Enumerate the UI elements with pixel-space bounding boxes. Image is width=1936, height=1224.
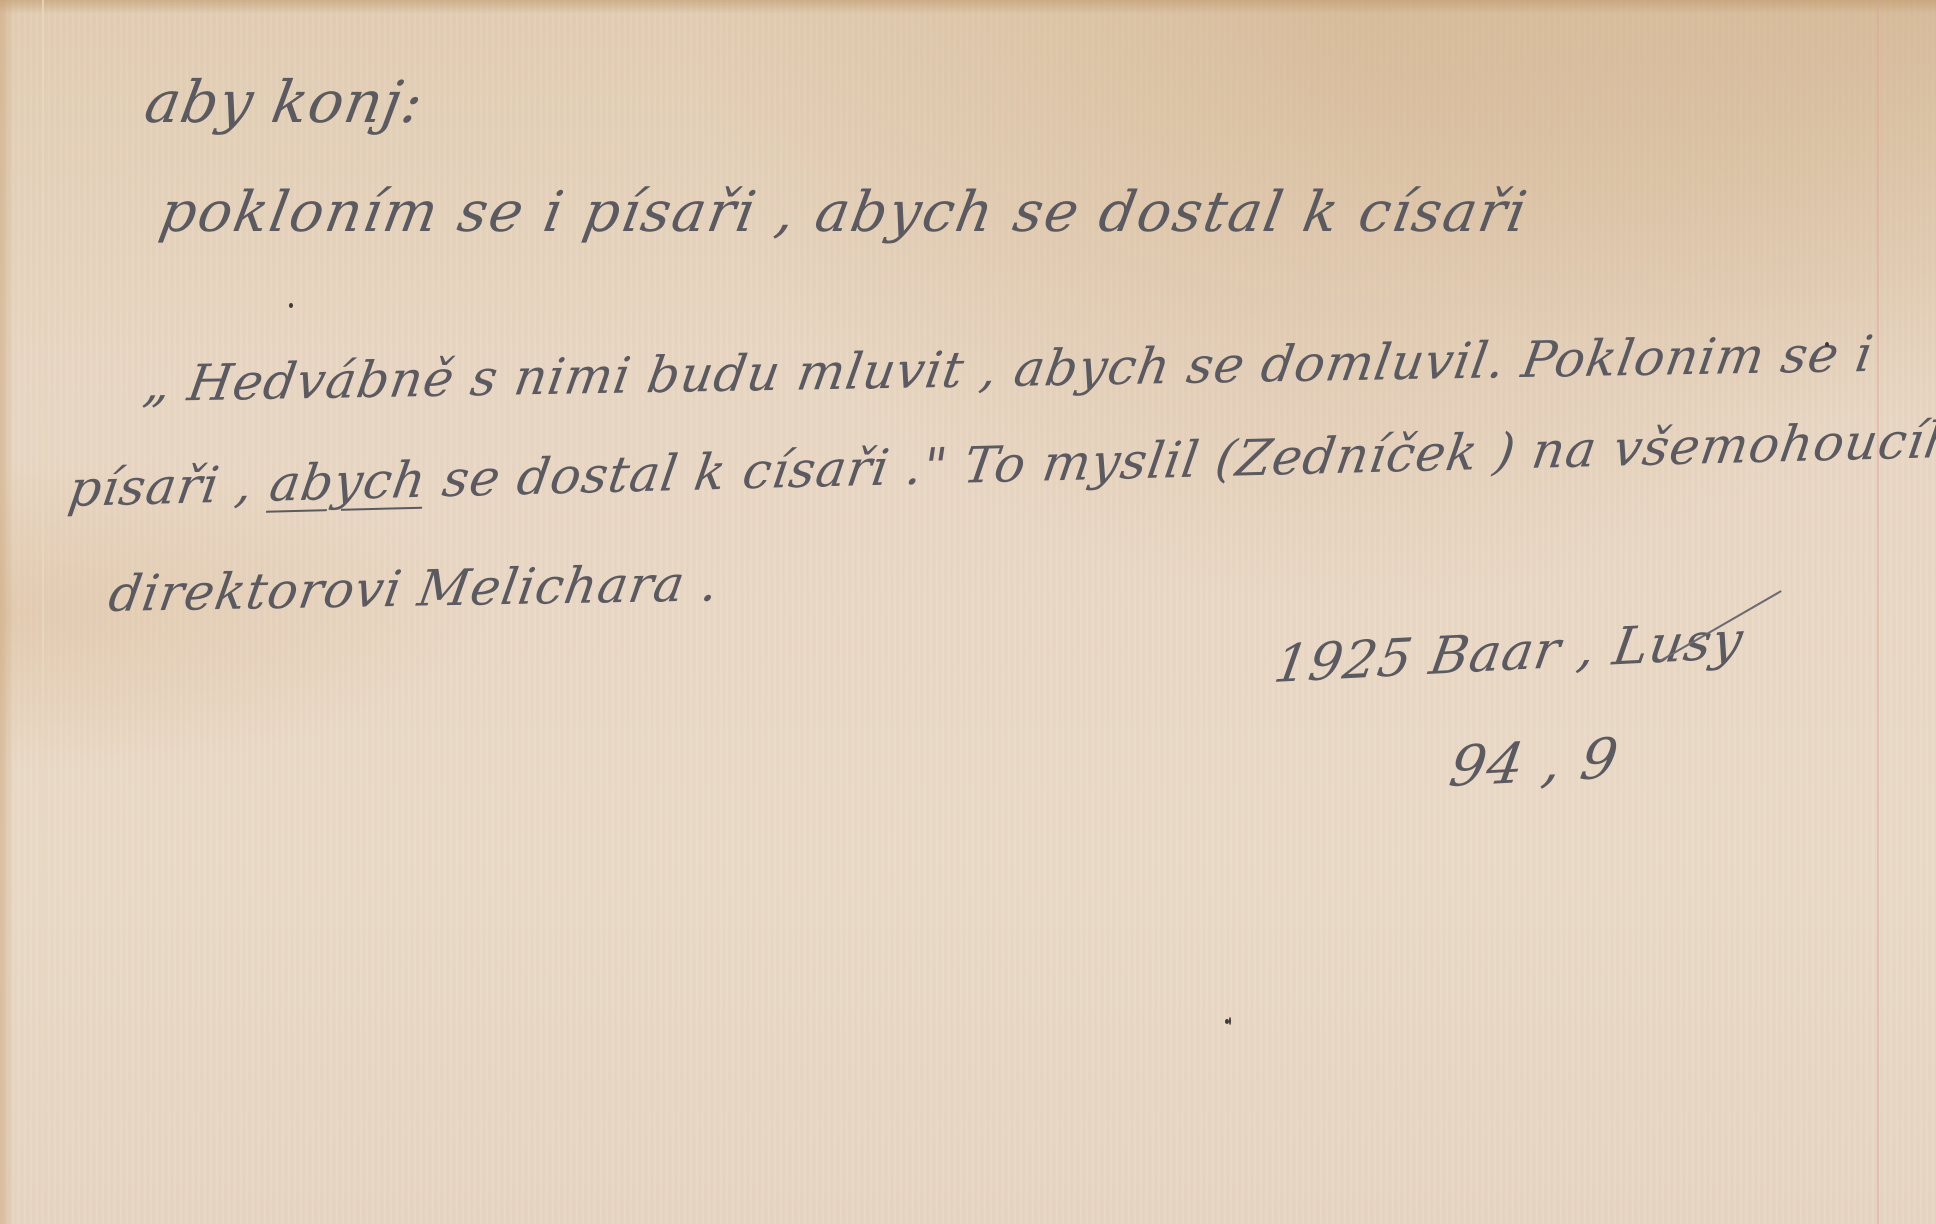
ink-speck bbox=[289, 303, 293, 308]
source-citation: 1925 Baar , Lusy bbox=[1270, 611, 1748, 695]
right-margin-line bbox=[1877, 0, 1879, 1224]
quote-line-2: písaři , abych se dostal k císaři ." To … bbox=[65, 410, 1936, 518]
quote-line-1: „ Hedvábně s nimi budu mluvit , abych se… bbox=[140, 325, 1878, 413]
ink-speck bbox=[1825, 342, 1829, 347]
quote-line-2-end: se dostal k císaři ." To myslil (Zedníče… bbox=[422, 410, 1936, 509]
paper-left-edge bbox=[0, 0, 14, 1224]
quote-line-2-start: písaři , bbox=[65, 455, 275, 518]
note-card: aby konj: pokloním se i písaři , abych s… bbox=[0, 0, 1936, 1224]
quote-line-3: direktorovi Melichara . bbox=[105, 554, 723, 623]
ink-speck bbox=[1229, 1017, 1231, 1025]
heading-line-2: pokloním se i písaři , abych se dostal k… bbox=[155, 180, 1533, 245]
source-reference: 94 , 9 bbox=[1445, 726, 1623, 800]
heading-line-1: aby konj: bbox=[140, 68, 429, 136]
paper-top-shade bbox=[0, 0, 1936, 14]
left-margin-line bbox=[42, 0, 44, 1224]
underlined-keyword: abych bbox=[266, 451, 431, 513]
